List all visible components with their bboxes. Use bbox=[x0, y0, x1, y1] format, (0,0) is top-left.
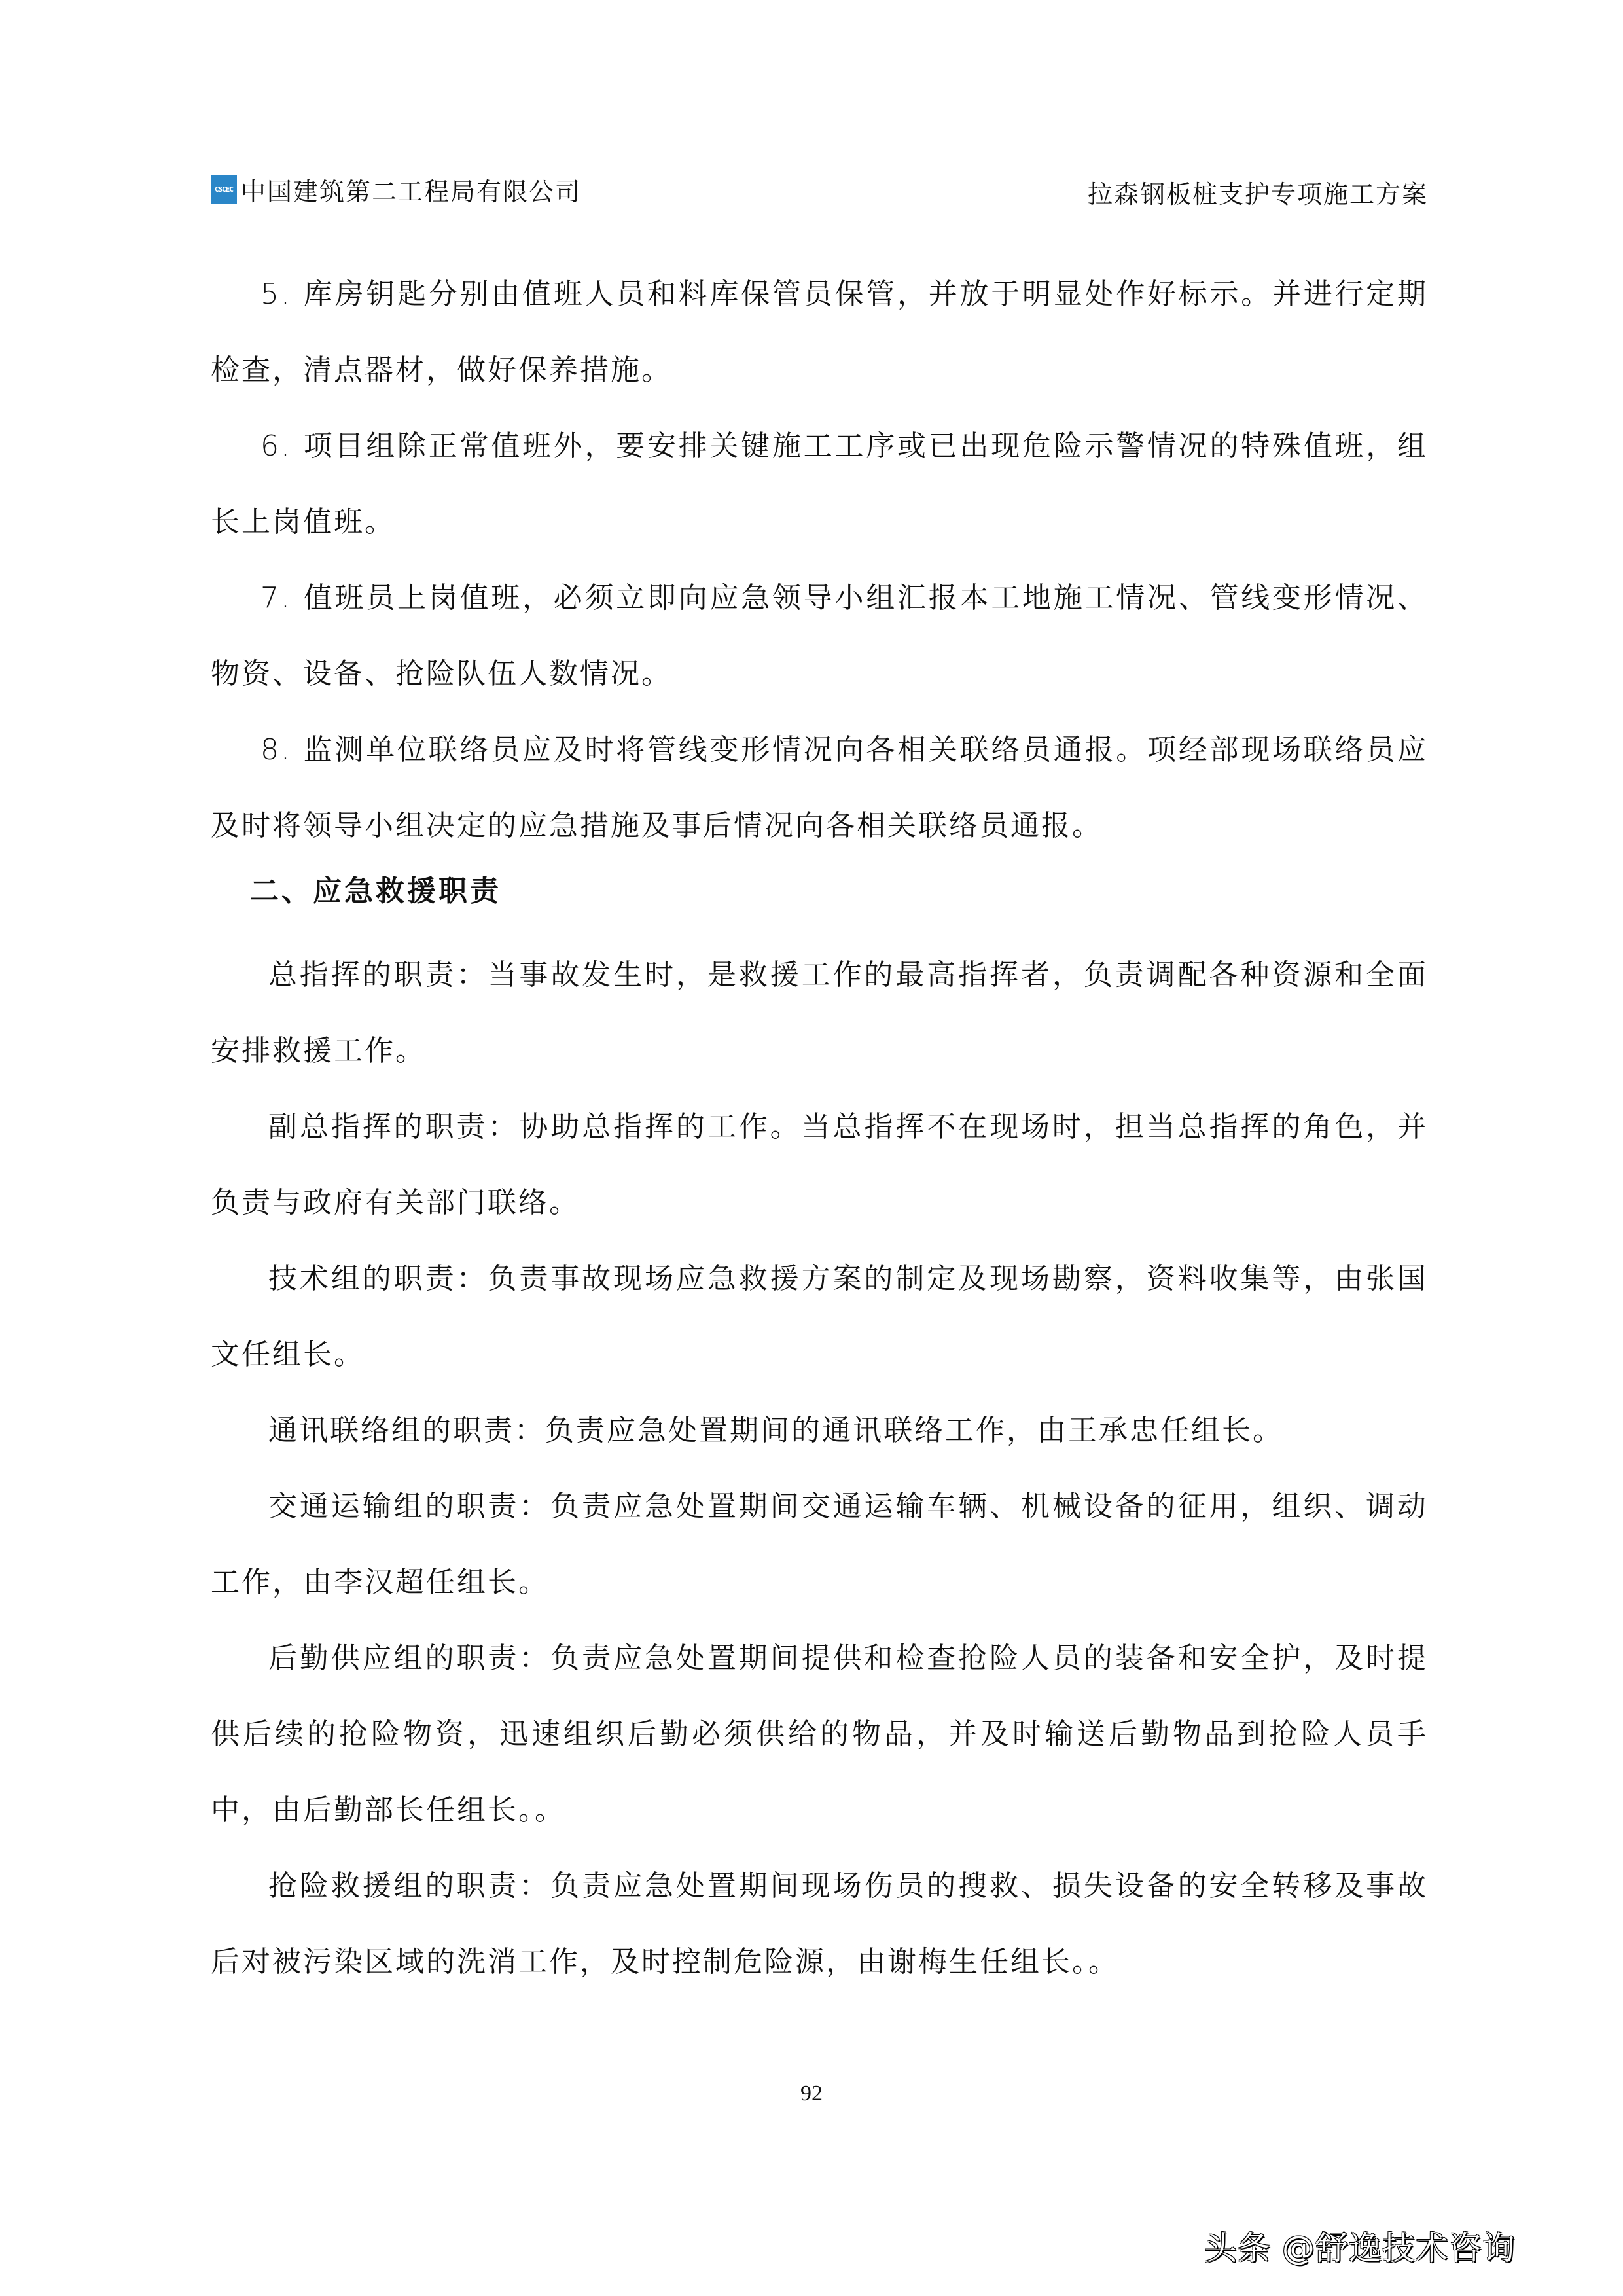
header-company: CSCEC 中国建筑第二工程局有限公司 bbox=[211, 171, 581, 207]
paragraph-deputy-commander-duty: 副总指挥的职责：协助总指挥的工作。当总指挥不在现场时，担当总指挥的角色，并负责与… bbox=[211, 1089, 1428, 1241]
page-header: CSCEC 中国建筑第二工程局有限公司 拉森钢板桩支护专项施工方案 bbox=[211, 171, 1428, 211]
paragraph-technical-group-duty: 技术组的职责：负责事故现场应急救援方案的制定及现场勘察，资料收集等，由张国文任组… bbox=[211, 1241, 1428, 1393]
document-body: 5. 库房钥匙分别由值班人员和料库保管员保管，并放于明显处作好标示。并进行定期检… bbox=[211, 257, 1428, 2000]
paragraph-item-6: 6. 项目组除正常值班外，要安排关键施工工序或已出现危险示警情况的特殊值班，组长… bbox=[211, 408, 1428, 560]
paragraph-communication-group-duty: 通讯联络组的职责：负责应急处置期间的通讯联络工作，由王承忠任组长。 bbox=[211, 1393, 1428, 1469]
paragraph-commander-duty: 总指挥的职责：当事故发生时，是救援工作的最高指挥者，负责调配各种资源和全面安排救… bbox=[211, 937, 1428, 1089]
paragraph-transport-group-duty: 交通运输组的职责：负责应急处置期间交通运输车辆、机械设备的征用，组织、调动工作，… bbox=[211, 1469, 1428, 1621]
paragraph-item-7: 7. 值班员上岗值班，必须立即向应急领导小组汇报本工地施工情况、管线变形情况、物… bbox=[211, 560, 1428, 712]
watermark: 头条 @舒逸技术咨询 bbox=[1204, 2222, 1516, 2269]
document-title: 拉森钢板桩支护专项施工方案 bbox=[1088, 174, 1428, 210]
company-name: 中国建筑第二工程局有限公司 bbox=[241, 171, 581, 207]
company-logo-icon: CSCEC bbox=[211, 175, 237, 204]
paragraph-rescue-group-duty: 抢险救援组的职责：负责应急处置期间现场伤员的搜救、损失设备的安全转移及事故后对被… bbox=[211, 1848, 1428, 2000]
paragraph-logistics-group-duty: 后勤供应组的职责：负责应急处置期间提供和检查抢险人员的装备和安全护，及时提供后续… bbox=[211, 1621, 1428, 1848]
section-heading: 二、应急救援职责 bbox=[211, 859, 1428, 924]
page-number: 92 bbox=[0, 2081, 1623, 2106]
paragraph-item-5: 5. 库房钥匙分别由值班人员和料库保管员保管，并放于明显处作好标示。并进行定期检… bbox=[211, 257, 1428, 408]
paragraph-item-8: 8. 监测单位联络员应及时将管线变形情况向各相关联络员通报。项经部现场联络员应及… bbox=[211, 712, 1428, 864]
